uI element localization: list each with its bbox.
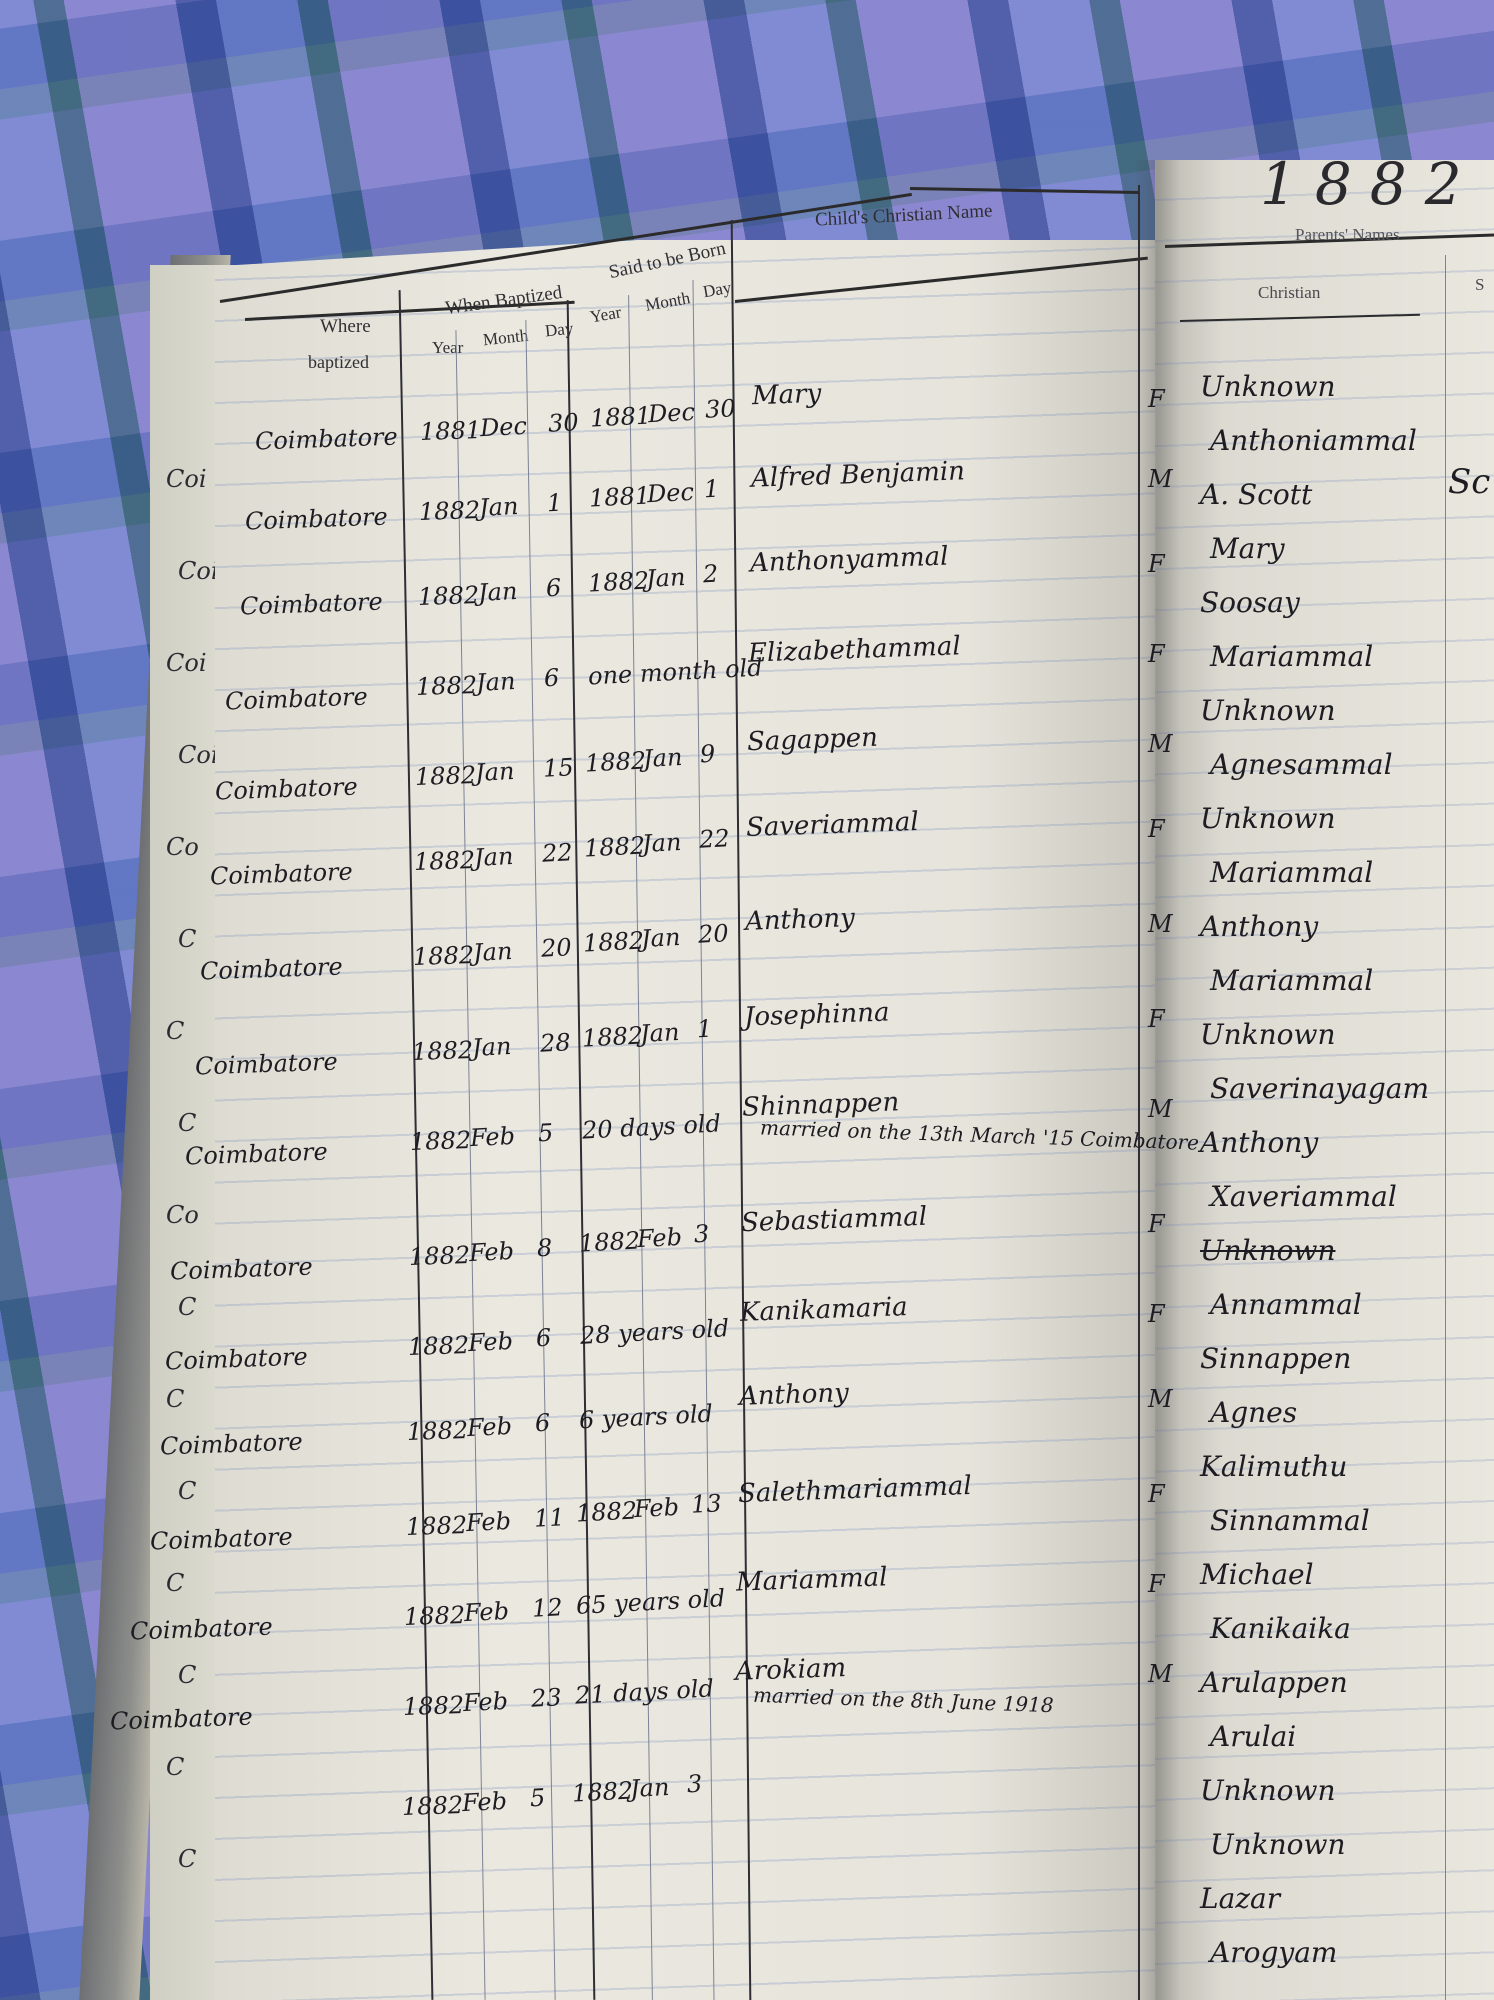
- entry-bap-year: 1882: [411, 1036, 473, 1066]
- entry-bap-month: Jan: [472, 937, 513, 967]
- entry-bap-month: Feb: [461, 1787, 507, 1817]
- entry-child-name: Mariammal: [736, 1562, 888, 1597]
- parent-christian-name: Agnes: [1210, 1396, 1297, 1429]
- entry-sex: M: [1148, 465, 1173, 493]
- entry-place: Coimbatore: [185, 1138, 329, 1171]
- previous-page-fragment: C: [178, 1845, 196, 1873]
- entry-bap-day: 30: [547, 408, 579, 438]
- entry-born-month: Jan: [645, 563, 686, 593]
- entry-bap-month: Feb: [468, 1237, 514, 1267]
- parent-christian-name: Anthony: [1200, 910, 1318, 943]
- parent-christian-name: Arulappen: [1200, 1666, 1348, 1699]
- parent-christian-name: Agnesammal: [1210, 748, 1393, 781]
- entry-bap-month: Jan: [476, 667, 517, 697]
- entry-bap-year: 1881: [420, 416, 482, 446]
- parent-christian-name: Arogyam: [1210, 1936, 1337, 1969]
- entry-bap-month: Feb: [462, 1687, 508, 1717]
- entry-sex: F: [1148, 815, 1165, 843]
- parent-christian-name: Kanikaika: [1210, 1612, 1351, 1645]
- previous-page-fragment: C: [178, 1477, 196, 1505]
- parent-christian-name: Unknown: [1210, 1828, 1346, 1861]
- entry-born-year: 1882: [587, 566, 649, 597]
- entry-sex: F: [1148, 1480, 1165, 1508]
- previous-page-fragment: C: [166, 1017, 184, 1045]
- entry-born-day: 3: [686, 1770, 703, 1799]
- entry-bap-month: Dec: [479, 412, 527, 442]
- entry-bap-year: 1882: [403, 1691, 465, 1721]
- entry-born-year: 1882: [582, 926, 644, 957]
- entry-bap-year: 1882: [408, 1331, 470, 1361]
- entry-bap-day: 12: [532, 1593, 564, 1623]
- header-bap-year: Year: [432, 338, 463, 358]
- header-surname-partial: S: [1475, 275, 1484, 295]
- entry-born-day: 3: [693, 1220, 710, 1249]
- parent-christian-name: Sinnappen: [1200, 1342, 1351, 1375]
- entry-bap-year: 1882: [410, 1126, 472, 1156]
- entry-born-month: Dec: [647, 398, 695, 428]
- entry-born-year: 1882: [578, 1226, 640, 1257]
- parent-christian-name: Mary: [1210, 532, 1285, 565]
- entry-place: Coimbatore: [255, 423, 399, 456]
- entry-sex: F: [1148, 1210, 1165, 1238]
- entry-bap-day: 11: [533, 1503, 565, 1533]
- entry-place: Coimbatore: [110, 1703, 254, 1736]
- entry-bap-month: Jan: [474, 757, 515, 787]
- entry-born-day: 2: [702, 560, 719, 589]
- entry-bap-month: Feb: [465, 1507, 511, 1537]
- entry-born-year: 1882: [581, 1021, 643, 1052]
- parent-christian-name: Unknown: [1200, 1234, 1336, 1267]
- entry-child-name: Kanikamaria: [740, 1292, 909, 1328]
- entry-born-year: 1881: [589, 401, 651, 432]
- entry-bap-month: Feb: [467, 1327, 513, 1357]
- header-bap-day: Day: [544, 319, 574, 342]
- entry-born-month: Jan: [629, 1773, 670, 1803]
- entry-sex: M: [1148, 1660, 1173, 1688]
- entry-bap-year: 1882: [415, 761, 477, 791]
- entry-bap-year: 1882: [406, 1416, 468, 1446]
- parent-christian-name: Soosay: [1200, 586, 1300, 619]
- parent-christian-name: Anthony: [1200, 1126, 1318, 1159]
- entry-bap-day: 6: [535, 1324, 552, 1353]
- parent-christian-name: Lazar: [1200, 1882, 1280, 1915]
- entry-bap-day: 1: [546, 489, 563, 518]
- entry-child-name: Saveriammal: [746, 807, 920, 843]
- entry-bap-month: Jan: [478, 492, 519, 522]
- parent-christian-name: Saverinayagam: [1210, 1072, 1429, 1105]
- entry-bap-year: 1882: [414, 846, 476, 876]
- entry-bap-year: 1882: [417, 581, 479, 611]
- entry-bap-day: 15: [542, 753, 574, 783]
- entry-place: Coimbatore: [240, 588, 384, 621]
- previous-page-fragment: C: [166, 1385, 184, 1413]
- parent-christian-name: Unknown: [1200, 694, 1336, 727]
- entry-born-day: 1: [703, 475, 720, 504]
- entry-bap-year: 1882: [404, 1601, 466, 1631]
- header-baptized: baptized: [308, 352, 369, 373]
- previous-page-fragment: C: [166, 1569, 184, 1597]
- entry-sex: F: [1148, 1005, 1165, 1033]
- column-rule-parents: [1445, 255, 1446, 2000]
- entry-born-day: 1: [696, 1015, 713, 1044]
- entry-born-day: 20: [697, 919, 729, 949]
- entry-place: Coimbatore: [225, 683, 369, 716]
- parent-christian-name: Mariammal: [1210, 640, 1373, 673]
- entry-sex: M: [1148, 910, 1173, 938]
- year-heading: 1882: [1260, 150, 1480, 218]
- entry-child-name: Anthony: [744, 903, 855, 937]
- entry-place: Coimbatore: [195, 1048, 339, 1081]
- entry-born-year: 1882: [571, 1776, 633, 1807]
- entry-bap-month: Feb: [466, 1412, 512, 1442]
- entry-bap-month: Jan: [471, 1032, 512, 1062]
- entry-sex: M: [1148, 730, 1173, 758]
- entry-born-day: 9: [699, 740, 716, 769]
- entry-born-day: 30: [704, 394, 736, 424]
- entry-bap-year: 1882: [416, 671, 478, 701]
- previous-page-fragment: Coi: [178, 741, 219, 769]
- previous-page-fragment: Coi: [178, 557, 219, 585]
- parent-christian-name: Unknown: [1200, 802, 1336, 835]
- entry-sex: F: [1148, 385, 1165, 413]
- previous-page-fragment: Coi: [166, 465, 207, 493]
- parent-christian-name: Unknown: [1200, 1774, 1336, 1807]
- entry-bap-month: Feb: [470, 1122, 516, 1152]
- entry-born-month: Jan: [642, 743, 683, 773]
- parent-christian-name: Anthoniammal: [1210, 424, 1417, 457]
- entry-place: Coimbatore: [165, 1343, 309, 1376]
- entry-born-year: 1882: [575, 1496, 637, 1527]
- entry-child-name: Mary: [751, 379, 821, 411]
- header-where: Where: [320, 316, 371, 338]
- entry-bap-year: 1882: [405, 1511, 467, 1541]
- entry-child-name: Josephinna: [743, 997, 889, 1032]
- entry-bap-year: 1882: [418, 496, 480, 526]
- entry-child-name: Sagappen: [747, 723, 879, 758]
- entry-place: Coimbatore: [160, 1428, 304, 1461]
- header-parents-christian: Christian: [1258, 283, 1320, 303]
- entry-born-month: Jan: [639, 1018, 680, 1048]
- parent-christian-name: Arulai: [1210, 1720, 1296, 1753]
- entry-bap-year: 1882: [409, 1241, 471, 1271]
- previous-page-fragment: Co: [166, 833, 199, 861]
- entry-born-month: Feb: [633, 1493, 679, 1523]
- parent-christian-name: Unknown: [1200, 370, 1336, 403]
- entry-bap-year: 1882: [402, 1791, 464, 1821]
- entry-born-year: 1881: [588, 481, 650, 512]
- entry-sex: F: [1148, 640, 1165, 668]
- surname-fragment: Sc: [1448, 462, 1490, 502]
- entry-place: Coimbatore: [215, 773, 359, 806]
- entry-place: Coimbatore: [170, 1253, 314, 1286]
- previous-page-fragment: Coi: [166, 649, 207, 677]
- entry-sex: M: [1148, 1095, 1173, 1123]
- entry-place: Coimbatore: [150, 1523, 294, 1556]
- entry-born-year: 1882: [584, 746, 646, 777]
- entry-bap-year: 1882: [412, 941, 474, 971]
- parent-christian-name: Mariammal: [1210, 856, 1373, 889]
- entry-bap-day: 28: [539, 1028, 571, 1058]
- entry-born-day: 22: [698, 824, 730, 854]
- entry-sex: F: [1148, 550, 1165, 578]
- entry-born-year: 1882: [583, 831, 645, 862]
- entry-bap-day: 22: [541, 838, 573, 868]
- entry-bap-day: 23: [530, 1683, 562, 1713]
- parent-christian-name: Sinnammal: [1210, 1504, 1370, 1537]
- column-rule-name: [1138, 185, 1140, 2000]
- previous-page-fragment: C: [178, 925, 196, 953]
- entry-sex: M: [1148, 1385, 1173, 1413]
- entry-place: Coimbatore: [200, 953, 344, 986]
- entry-place: Coimbatore: [245, 503, 389, 536]
- entry-bap-month: Jan: [473, 842, 514, 872]
- parent-christian-name: Xaveriammal: [1210, 1180, 1397, 1213]
- entry-sex: F: [1148, 1570, 1165, 1598]
- entry-born-month: Dec: [646, 478, 694, 508]
- entry-place: Coimbatore: [130, 1613, 274, 1646]
- entry-child-name: Arokiam: [735, 1653, 847, 1687]
- entry-child-name: Anthony: [738, 1378, 849, 1412]
- header-top-rule-right: [910, 187, 1140, 194]
- entry-born-month: Jan: [641, 828, 682, 858]
- book-gutter: [1135, 160, 1180, 2000]
- header-parents-names: Parents' Names: [1295, 225, 1400, 245]
- entry-bap-day: 5: [529, 1784, 546, 1813]
- entry-born-month: Jan: [640, 923, 681, 953]
- previous-page-fragment: C: [178, 1661, 196, 1689]
- previous-page-fragment: C: [178, 1293, 196, 1321]
- entry-bap-day: 8: [536, 1234, 553, 1263]
- previous-page-fragment: C: [178, 1109, 196, 1137]
- entry-bap-day: 6: [544, 664, 561, 693]
- entry-born-day: 13: [690, 1489, 722, 1519]
- previous-page-fragment: Co: [166, 1201, 199, 1229]
- entry-bap-day: 20: [540, 933, 572, 963]
- parent-christian-name: Annammal: [1210, 1288, 1362, 1321]
- parent-christian-name: Michael: [1200, 1558, 1314, 1591]
- parent-christian-name: Kalimuthu: [1200, 1450, 1347, 1483]
- entry-sex: F: [1148, 1300, 1165, 1328]
- entry-bap-day: 6: [545, 574, 562, 603]
- parent-christian-name: Mariammal: [1210, 964, 1373, 997]
- entry-place: Coimbatore: [210, 858, 354, 891]
- parent-christian-name: A. Scott: [1200, 478, 1312, 511]
- entry-bap-month: Jan: [477, 577, 518, 607]
- entry-bap-day: 6: [534, 1409, 551, 1438]
- previous-page-fragment: C: [166, 1753, 184, 1781]
- entry-bap-day: 5: [538, 1119, 555, 1148]
- entry-born-month: Feb: [636, 1223, 682, 1253]
- entry-bap-month: Feb: [464, 1597, 510, 1627]
- parent-christian-name: Unknown: [1200, 1018, 1336, 1051]
